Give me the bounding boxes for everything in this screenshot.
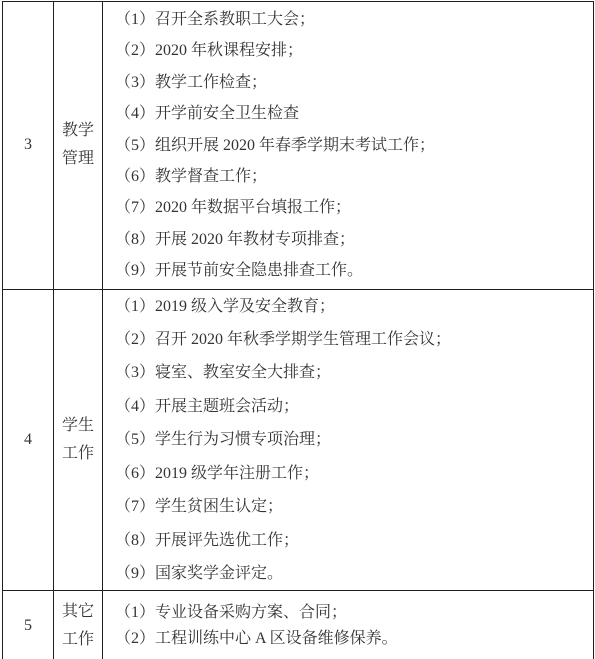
row-number-cell: 3	[3, 2, 54, 290]
work-item: （5）组织开展 2020 年春季学期末考试工作；	[115, 130, 585, 161]
category-line: 其它	[55, 598, 101, 626]
category-line: 管理	[55, 145, 101, 173]
row-number-cell: 5	[3, 591, 54, 659]
row-items-cell: （1）召开全系教职工大会；（2）2020 年秋课程安排；（3）教学工作检查；（4…	[103, 2, 594, 290]
table-row: 5 其它工作 （1）专业设备采购方案、合同；（2）工程训练中心 A 区设备维修保…	[3, 591, 594, 659]
row-number-cell: 4	[3, 289, 54, 591]
table-body: 3 教学管理 （1）召开全系教职工大会；（2）2020 年秋课程安排；（3）教学…	[3, 2, 594, 659]
row-number: 3	[24, 136, 32, 153]
work-item: （6）教学督查工作；	[115, 161, 585, 192]
row-number: 4	[24, 431, 32, 448]
work-item: （2）2020 年秋课程安排；	[115, 35, 585, 66]
category-line: 教学	[55, 117, 101, 145]
row-category-cell: 其它工作	[54, 591, 103, 659]
category-line: 工作	[55, 626, 101, 654]
work-item: （1）2019 级入学及安全教育；	[115, 290, 585, 323]
row-number: 5	[24, 617, 32, 634]
work-item: （4）开展主题班会活动；	[115, 390, 585, 423]
work-item: （7）学生贫困生认定；	[115, 490, 585, 523]
work-item: （3）教学工作检查；	[115, 67, 585, 98]
work-item: （2）工程训练中心 A 区设备维修保养。	[115, 626, 585, 653]
work-item: （3）寝室、教室安全大排查；	[115, 356, 585, 389]
category-line: 工作	[55, 440, 101, 468]
table-row: 4 学生工作 （1）2019 级入学及安全教育；（2）召开 2020 年秋季学期…	[3, 289, 594, 591]
work-plan-table: 3 教学管理 （1）召开全系教职工大会；（2）2020 年秋课程安排；（3）教学…	[2, 1, 594, 659]
table-row: 3 教学管理 （1）召开全系教职工大会；（2）2020 年秋课程安排；（3）教学…	[3, 2, 594, 290]
work-item: （8）开展评先选优工作；	[115, 524, 585, 557]
work-item: （6）2019 级学年注册工作；	[115, 457, 585, 490]
work-item: （5）学生行为习惯专项治理；	[115, 423, 585, 456]
row-category-cell: 学生工作	[54, 289, 103, 591]
category-line: 学生	[55, 412, 101, 440]
work-item: （8）开展 2020 年教材专项排查；	[115, 224, 585, 255]
work-item: （2）召开 2020 年秋季学期学生管理工作会议；	[115, 323, 585, 356]
work-item: （9）开展节前安全隐患排查工作。	[115, 255, 585, 286]
work-item: （4）开学前安全卫生检查	[115, 98, 585, 129]
work-item: （1）召开全系教职工大会；	[115, 4, 585, 35]
row-items-cell: （1）2019 级入学及安全教育；（2）召开 2020 年秋季学期学生管理工作会…	[103, 289, 594, 591]
row-category-cell: 教学管理	[54, 2, 103, 290]
work-item: （1）专业设备采购方案、合同；	[115, 600, 585, 627]
work-item: （7）2020 年数据平台填报工作；	[115, 192, 585, 223]
row-items-cell: （1）专业设备采购方案、合同；（2）工程训练中心 A 区设备维修保养。	[103, 591, 594, 659]
work-item: （9）国家奖学金评定。	[115, 557, 585, 590]
